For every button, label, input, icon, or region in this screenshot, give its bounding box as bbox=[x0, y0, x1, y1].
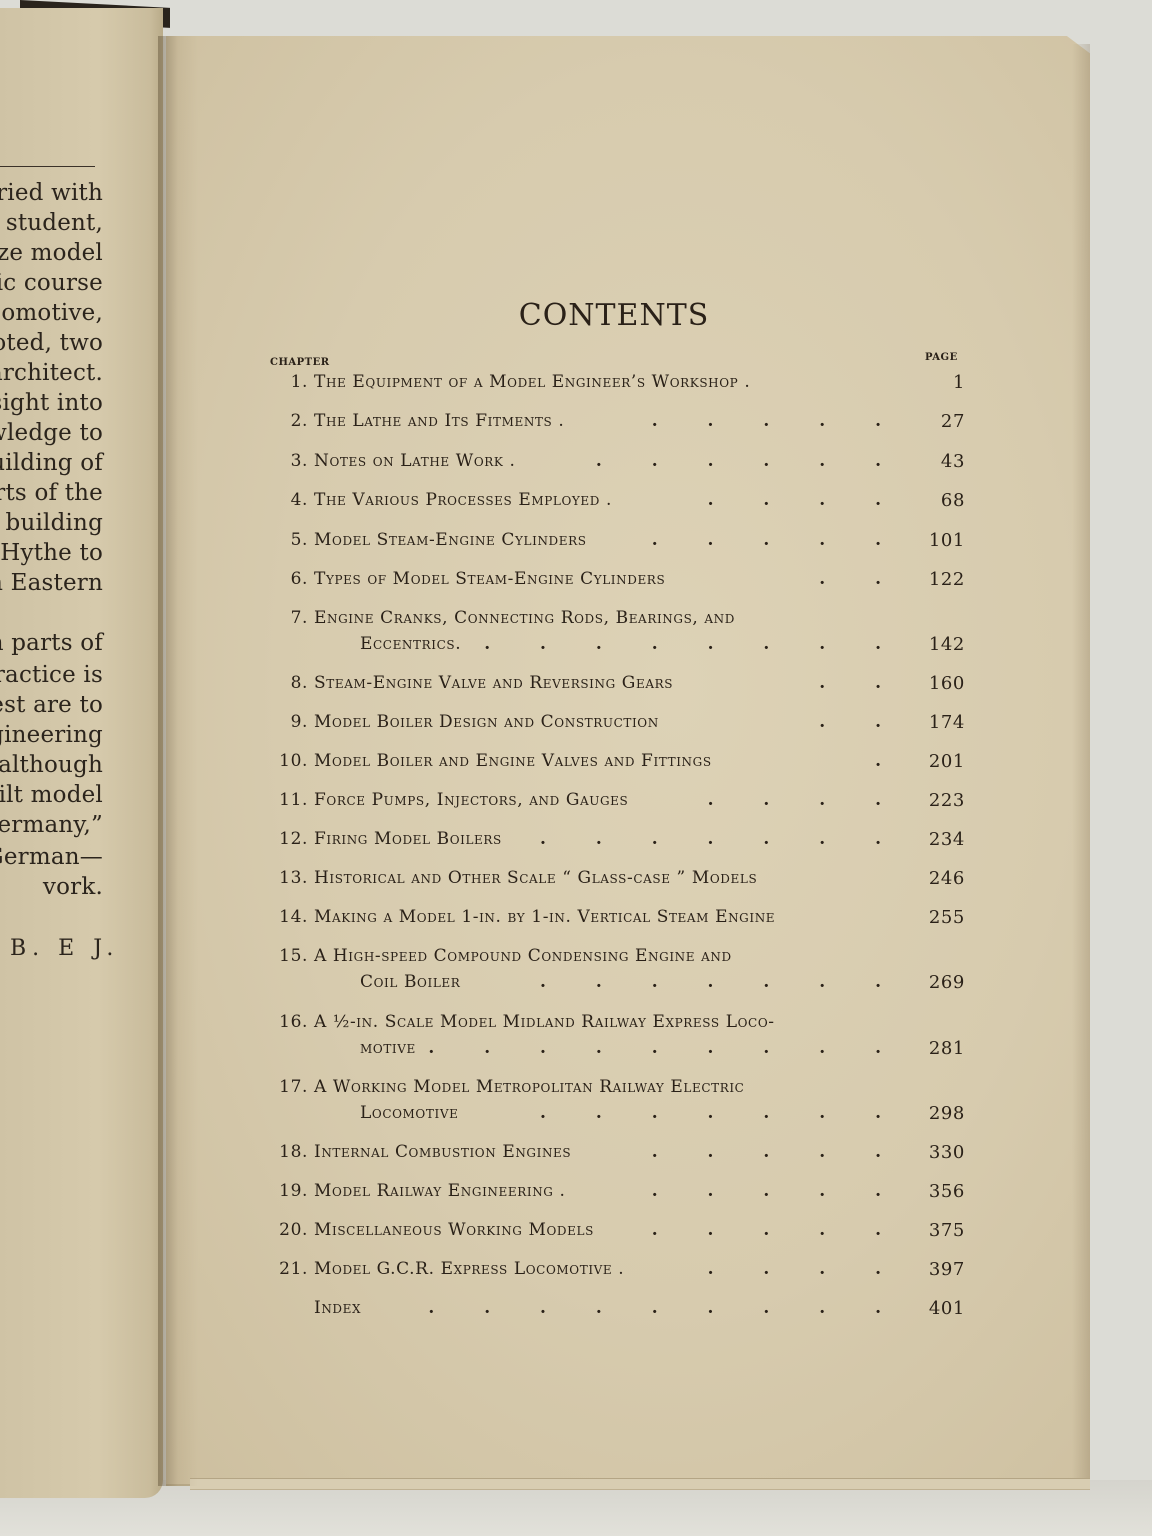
toc-entry: 14.Making a Model 1-in. by 1-in. Vertica… bbox=[270, 907, 965, 931]
chapter-number: 4. bbox=[291, 490, 308, 510]
toc-entry-line: 20.Miscellaneous Working Models. . . . .… bbox=[270, 1220, 965, 1244]
chapter-number: 18. bbox=[279, 1142, 308, 1162]
chapter-title: A High-speed Compound Condensing Engine … bbox=[314, 946, 732, 966]
page-number: 201 bbox=[929, 751, 965, 772]
chapter-title: Coil Boiler bbox=[360, 972, 460, 992]
page-number: 1 bbox=[953, 372, 965, 393]
left-page-text-line: practice is bbox=[0, 662, 103, 688]
dot-leader: . . bbox=[819, 673, 903, 693]
page-number: 68 bbox=[941, 490, 965, 511]
toc-entry-line: 1.The Equipment of a Model Engineer’s Wo… bbox=[270, 372, 965, 396]
left-page-text-line: ic course bbox=[0, 270, 103, 296]
page-number: 255 bbox=[929, 907, 965, 928]
toc-entry: 5.Model Steam-Engine Cylinders. . . . .1… bbox=[270, 530, 965, 554]
chapter-title: Historical and Other Scale “ Glass-case … bbox=[314, 868, 757, 888]
toc-entry: 3.Notes on Lathe Work .. . . . . .43 bbox=[270, 451, 965, 475]
page-number: 281 bbox=[929, 1038, 965, 1059]
toc-entry: 7.Engine Cranks, Connecting Rods, Bearin… bbox=[270, 608, 965, 658]
toc-entry: 12.Firing Model Boilers. . . . . . .234 bbox=[270, 829, 965, 853]
chapter-title: Model Steam-Engine Cylinders bbox=[314, 530, 587, 550]
left-page-text-line: th Eastern bbox=[0, 570, 103, 596]
chapter-number: 9. bbox=[291, 712, 308, 732]
page-number: 356 bbox=[929, 1181, 965, 1202]
toc-entry-line: 5.Model Steam-Engine Cylinders. . . . .1… bbox=[270, 530, 965, 554]
page-stack-edge bbox=[190, 1478, 1090, 1490]
left-page-text-line: Germany,” bbox=[0, 812, 103, 838]
dot-leader: . . . . . bbox=[652, 530, 903, 550]
chapter-title: Engine Cranks, Connecting Rods, Bearings… bbox=[314, 608, 735, 628]
dot-leader: . . . . . . . bbox=[540, 1103, 903, 1123]
toc-entry-line: 16.A ½-in. Scale Model Midland Railway E… bbox=[270, 1012, 965, 1036]
toc-entry: Index. . . . . . . . .401 bbox=[270, 1298, 965, 1322]
toc-entry-line: Index. . . . . . . . .401 bbox=[270, 1298, 965, 1322]
chapter-title: Model Railway Engineering . bbox=[314, 1181, 566, 1201]
chapter-number: 8. bbox=[291, 673, 308, 693]
dot-leader: . . . . bbox=[708, 1259, 903, 1279]
column-header-page: PAGE bbox=[925, 352, 958, 363]
toc-entry-line: 3.Notes on Lathe Work .. . . . . .43 bbox=[270, 451, 965, 475]
toc-entry-line: Locomotive. . . . . . .298 bbox=[270, 1103, 965, 1127]
dot-leader: . . . . . . bbox=[596, 451, 903, 471]
chapter-number: 12. bbox=[279, 829, 308, 849]
left-page-text-line: student, bbox=[6, 210, 103, 236]
left-page-text-line: ne building bbox=[0, 510, 103, 536]
toc-entry: 9.Model Boiler Design and Construction. … bbox=[270, 712, 965, 736]
dot-leader: . . . . . bbox=[652, 1181, 903, 1201]
chapter-number: 17. bbox=[279, 1077, 308, 1097]
dot-leader: . . . . . . . bbox=[540, 972, 903, 992]
toc-entry: 2.The Lathe and Its Fitments .. . . . .2… bbox=[270, 411, 965, 435]
toc-entry: 20.Miscellaneous Working Models. . . . .… bbox=[270, 1220, 965, 1244]
left-page-text-line: uilding of bbox=[0, 450, 103, 476]
dot-leader: . . . . bbox=[708, 790, 903, 810]
toc-entry: 17.A Working Model Metropolitan Railway … bbox=[270, 1077, 965, 1127]
toc-entry-line: Eccentrics.. . . . . . . .142 bbox=[270, 634, 965, 658]
toc-entry-line: 8.Steam-Engine Valve and Reversing Gears… bbox=[270, 673, 965, 697]
dot-leader: . . . . . bbox=[652, 411, 903, 431]
page-number: 269 bbox=[929, 972, 965, 993]
toc-entry-line: Coil Boiler. . . . . . .269 bbox=[270, 972, 965, 996]
left-page-text-line: uilt model bbox=[0, 782, 103, 808]
chapter-number: 15. bbox=[279, 946, 308, 966]
page-number: 27 bbox=[941, 411, 965, 432]
chapter-title: Model Boiler Design and Construction bbox=[314, 712, 659, 732]
toc-entry: 8.Steam-Engine Valve and Reversing Gears… bbox=[270, 673, 965, 697]
chapter-title: The Various Processes Employed . bbox=[314, 490, 612, 510]
chapter-title: Locomotive bbox=[360, 1103, 458, 1123]
toc-entry-line: 19.Model Railway Engineering .. . . . .3… bbox=[270, 1181, 965, 1205]
left-page-text-line: comotive, bbox=[0, 300, 103, 326]
dot-leader: . . . . . bbox=[652, 1220, 903, 1240]
chapter-number: 20. bbox=[279, 1220, 308, 1240]
chapter-number: 21. bbox=[279, 1259, 308, 1279]
page-edge-shade bbox=[1072, 44, 1090, 1484]
chapter-number: 2. bbox=[291, 411, 308, 431]
column-header-chapter: CHAPTER bbox=[270, 357, 330, 368]
chapter-number: 5. bbox=[291, 530, 308, 550]
page-number: 401 bbox=[929, 1298, 965, 1319]
toc-entry: 21.Model G.C.R. Express Locomotive .. . … bbox=[270, 1259, 965, 1283]
toc-entry-line: 14.Making a Model 1-in. by 1-in. Vertica… bbox=[270, 907, 965, 931]
chapter-title: Eccentrics. bbox=[360, 634, 461, 654]
left-page-text-line: rts of the bbox=[0, 480, 103, 506]
toc-entry-line: 21.Model G.C.R. Express Locomotive .. . … bbox=[270, 1259, 965, 1283]
toc-entry-line: 13.Historical and Other Scale “ Glass-ca… bbox=[270, 868, 965, 892]
dot-leader: . . bbox=[819, 569, 903, 589]
dot-leader: . . . . . . . . . bbox=[428, 1298, 903, 1318]
chapter-title: The Lathe and Its Fitments . bbox=[314, 411, 564, 431]
left-page-text-line: ried with bbox=[0, 180, 103, 206]
toc-entry-line: 12.Firing Model Boilers. . . . . . .234 bbox=[270, 829, 965, 853]
left-page-text-line: vork. bbox=[43, 874, 103, 900]
page-number: 122 bbox=[929, 569, 965, 590]
toc-entry: 19.Model Railway Engineering .. . . . .3… bbox=[270, 1181, 965, 1205]
page-number: 101 bbox=[929, 530, 965, 551]
toc-entry-line: 10.Model Boiler and Engine Valves and Fi… bbox=[270, 751, 965, 775]
dot-leader: . . . . bbox=[708, 490, 903, 510]
toc-entry-line: motive. . . . . . . . .281 bbox=[270, 1038, 965, 1062]
toc-entry: 10.Model Boiler and Engine Valves and Fi… bbox=[270, 751, 965, 775]
left-page-text-line: German— bbox=[0, 844, 103, 870]
page-number: 174 bbox=[929, 712, 965, 733]
chapter-title: Index bbox=[314, 1298, 361, 1318]
left-page-text-line: sight into bbox=[0, 390, 103, 416]
chapter-number: 13. bbox=[279, 868, 308, 888]
chapter-number: 3. bbox=[291, 451, 308, 471]
chapter-number: 19. bbox=[279, 1181, 308, 1201]
left-page-text-line: ze model bbox=[0, 240, 103, 266]
toc-entry-line: 2.The Lathe and Its Fitments .. . . . .2… bbox=[270, 411, 965, 435]
toc-entry: 1.The Equipment of a Model Engineer’s Wo… bbox=[270, 372, 965, 396]
toc-entry: 6.Types of Model Steam-Engine Cylinders.… bbox=[270, 569, 965, 593]
chapter-title: Model Boiler and Engine Valves and Fitti… bbox=[314, 751, 712, 771]
page-number: 142 bbox=[929, 634, 965, 655]
page-number: 223 bbox=[929, 790, 965, 811]
left-page-rule bbox=[0, 166, 95, 167]
chapter-number: 11. bbox=[279, 790, 308, 810]
page-number: 43 bbox=[941, 451, 965, 472]
page-number: 234 bbox=[929, 829, 965, 850]
chapter-title: Force Pumps, Injectors, and Gauges bbox=[314, 790, 628, 810]
chapter-title: Firing Model Boilers bbox=[314, 829, 502, 849]
dot-leader: . . . . . . . . . bbox=[428, 1038, 903, 1058]
left-page-text-line: Hythe to bbox=[0, 540, 103, 566]
page-number: 298 bbox=[929, 1103, 965, 1124]
chapter-title: Internal Combustion Engines bbox=[314, 1142, 571, 1162]
book-gutter bbox=[158, 36, 198, 1486]
page-number: 330 bbox=[929, 1142, 965, 1163]
chapter-number: 6. bbox=[291, 569, 308, 589]
toc-entry: 11.Force Pumps, Injectors, and Gauges. .… bbox=[270, 790, 965, 814]
left-page-text-line: owledge to bbox=[0, 420, 103, 446]
left-page: ried withstudent,ze modelic coursecomoti… bbox=[0, 8, 163, 1498]
chapter-number: 10. bbox=[279, 751, 308, 771]
toc-entry-line: 7.Engine Cranks, Connecting Rods, Bearin… bbox=[270, 608, 965, 632]
toc-entry: 18.Internal Combustion Engines. . . . .3… bbox=[270, 1142, 965, 1166]
toc-entry-line: 17.A Working Model Metropolitan Railway … bbox=[270, 1077, 965, 1101]
chapter-title: motive bbox=[360, 1038, 416, 1058]
chapter-title: Making a Model 1-in. by 1-in. Vertical S… bbox=[314, 907, 775, 927]
chapter-number: 16. bbox=[279, 1012, 308, 1032]
chapter-title: Miscellaneous Working Models bbox=[314, 1220, 594, 1240]
left-page-text-line: architect. bbox=[0, 360, 103, 386]
author-initials: B. E J. bbox=[10, 936, 119, 961]
toc-entry-line: 9.Model Boiler Design and Construction. … bbox=[270, 712, 965, 736]
page-title: CONTENTS bbox=[166, 298, 1062, 333]
dot-leader: . bbox=[875, 751, 903, 771]
page-number: 246 bbox=[929, 868, 965, 889]
left-page-text-line: t, although bbox=[0, 752, 103, 778]
dot-leader: . . . . . . . bbox=[540, 829, 903, 849]
chapter-number: 1. bbox=[291, 372, 308, 392]
chapter-title: The Equipment of a Model Engineer’s Work… bbox=[314, 372, 750, 392]
left-page-text-line: engineering bbox=[0, 722, 103, 748]
chapter-title: A Working Model Metropolitan Railway Ele… bbox=[314, 1077, 744, 1097]
toc-entry-line: 18.Internal Combustion Engines. . . . .3… bbox=[270, 1142, 965, 1166]
page-number: 375 bbox=[929, 1220, 965, 1241]
toc-entry-line: 15.A High-speed Compound Condensing Engi… bbox=[270, 946, 965, 970]
chapter-title: A ½-in. Scale Model Midland Railway Expr… bbox=[314, 1012, 775, 1032]
left-page-text-line: rest are to bbox=[0, 692, 103, 718]
toc-entry: 13.Historical and Other Scale “ Glass-ca… bbox=[270, 868, 965, 892]
chapter-number: 7. bbox=[291, 608, 308, 628]
toc-entry-line: 4.The Various Processes Employed .. . . … bbox=[270, 490, 965, 514]
chapter-title: Types of Model Steam-Engine Cylinders bbox=[314, 569, 665, 589]
toc-entry-line: 11.Force Pumps, Injectors, and Gauges. .… bbox=[270, 790, 965, 814]
chapter-number: 14. bbox=[279, 907, 308, 927]
page-number: 397 bbox=[929, 1259, 965, 1280]
dot-leader: . . . . . . . . bbox=[484, 634, 903, 654]
chapter-title: Steam-Engine Valve and Reversing Gears bbox=[314, 673, 673, 693]
page-number: 160 bbox=[929, 673, 965, 694]
toc-entry: 15.A High-speed Compound Condensing Engi… bbox=[270, 946, 965, 996]
chapter-title: Model G.C.R. Express Locomotive . bbox=[314, 1259, 624, 1279]
chapter-title: Notes on Lathe Work . bbox=[314, 451, 516, 471]
left-page-text-line: n parts of bbox=[0, 630, 103, 656]
left-page-text-line: oted, two bbox=[0, 330, 103, 356]
toc-entry-line: 6.Types of Model Steam-Engine Cylinders.… bbox=[270, 569, 965, 593]
dot-leader: . . . . . bbox=[652, 1142, 903, 1162]
toc-entry: 4.The Various Processes Employed .. . . … bbox=[270, 490, 965, 514]
dot-leader: . . bbox=[819, 712, 903, 732]
toc-entry: 16.A ½-in. Scale Model Midland Railway E… bbox=[270, 1012, 965, 1062]
